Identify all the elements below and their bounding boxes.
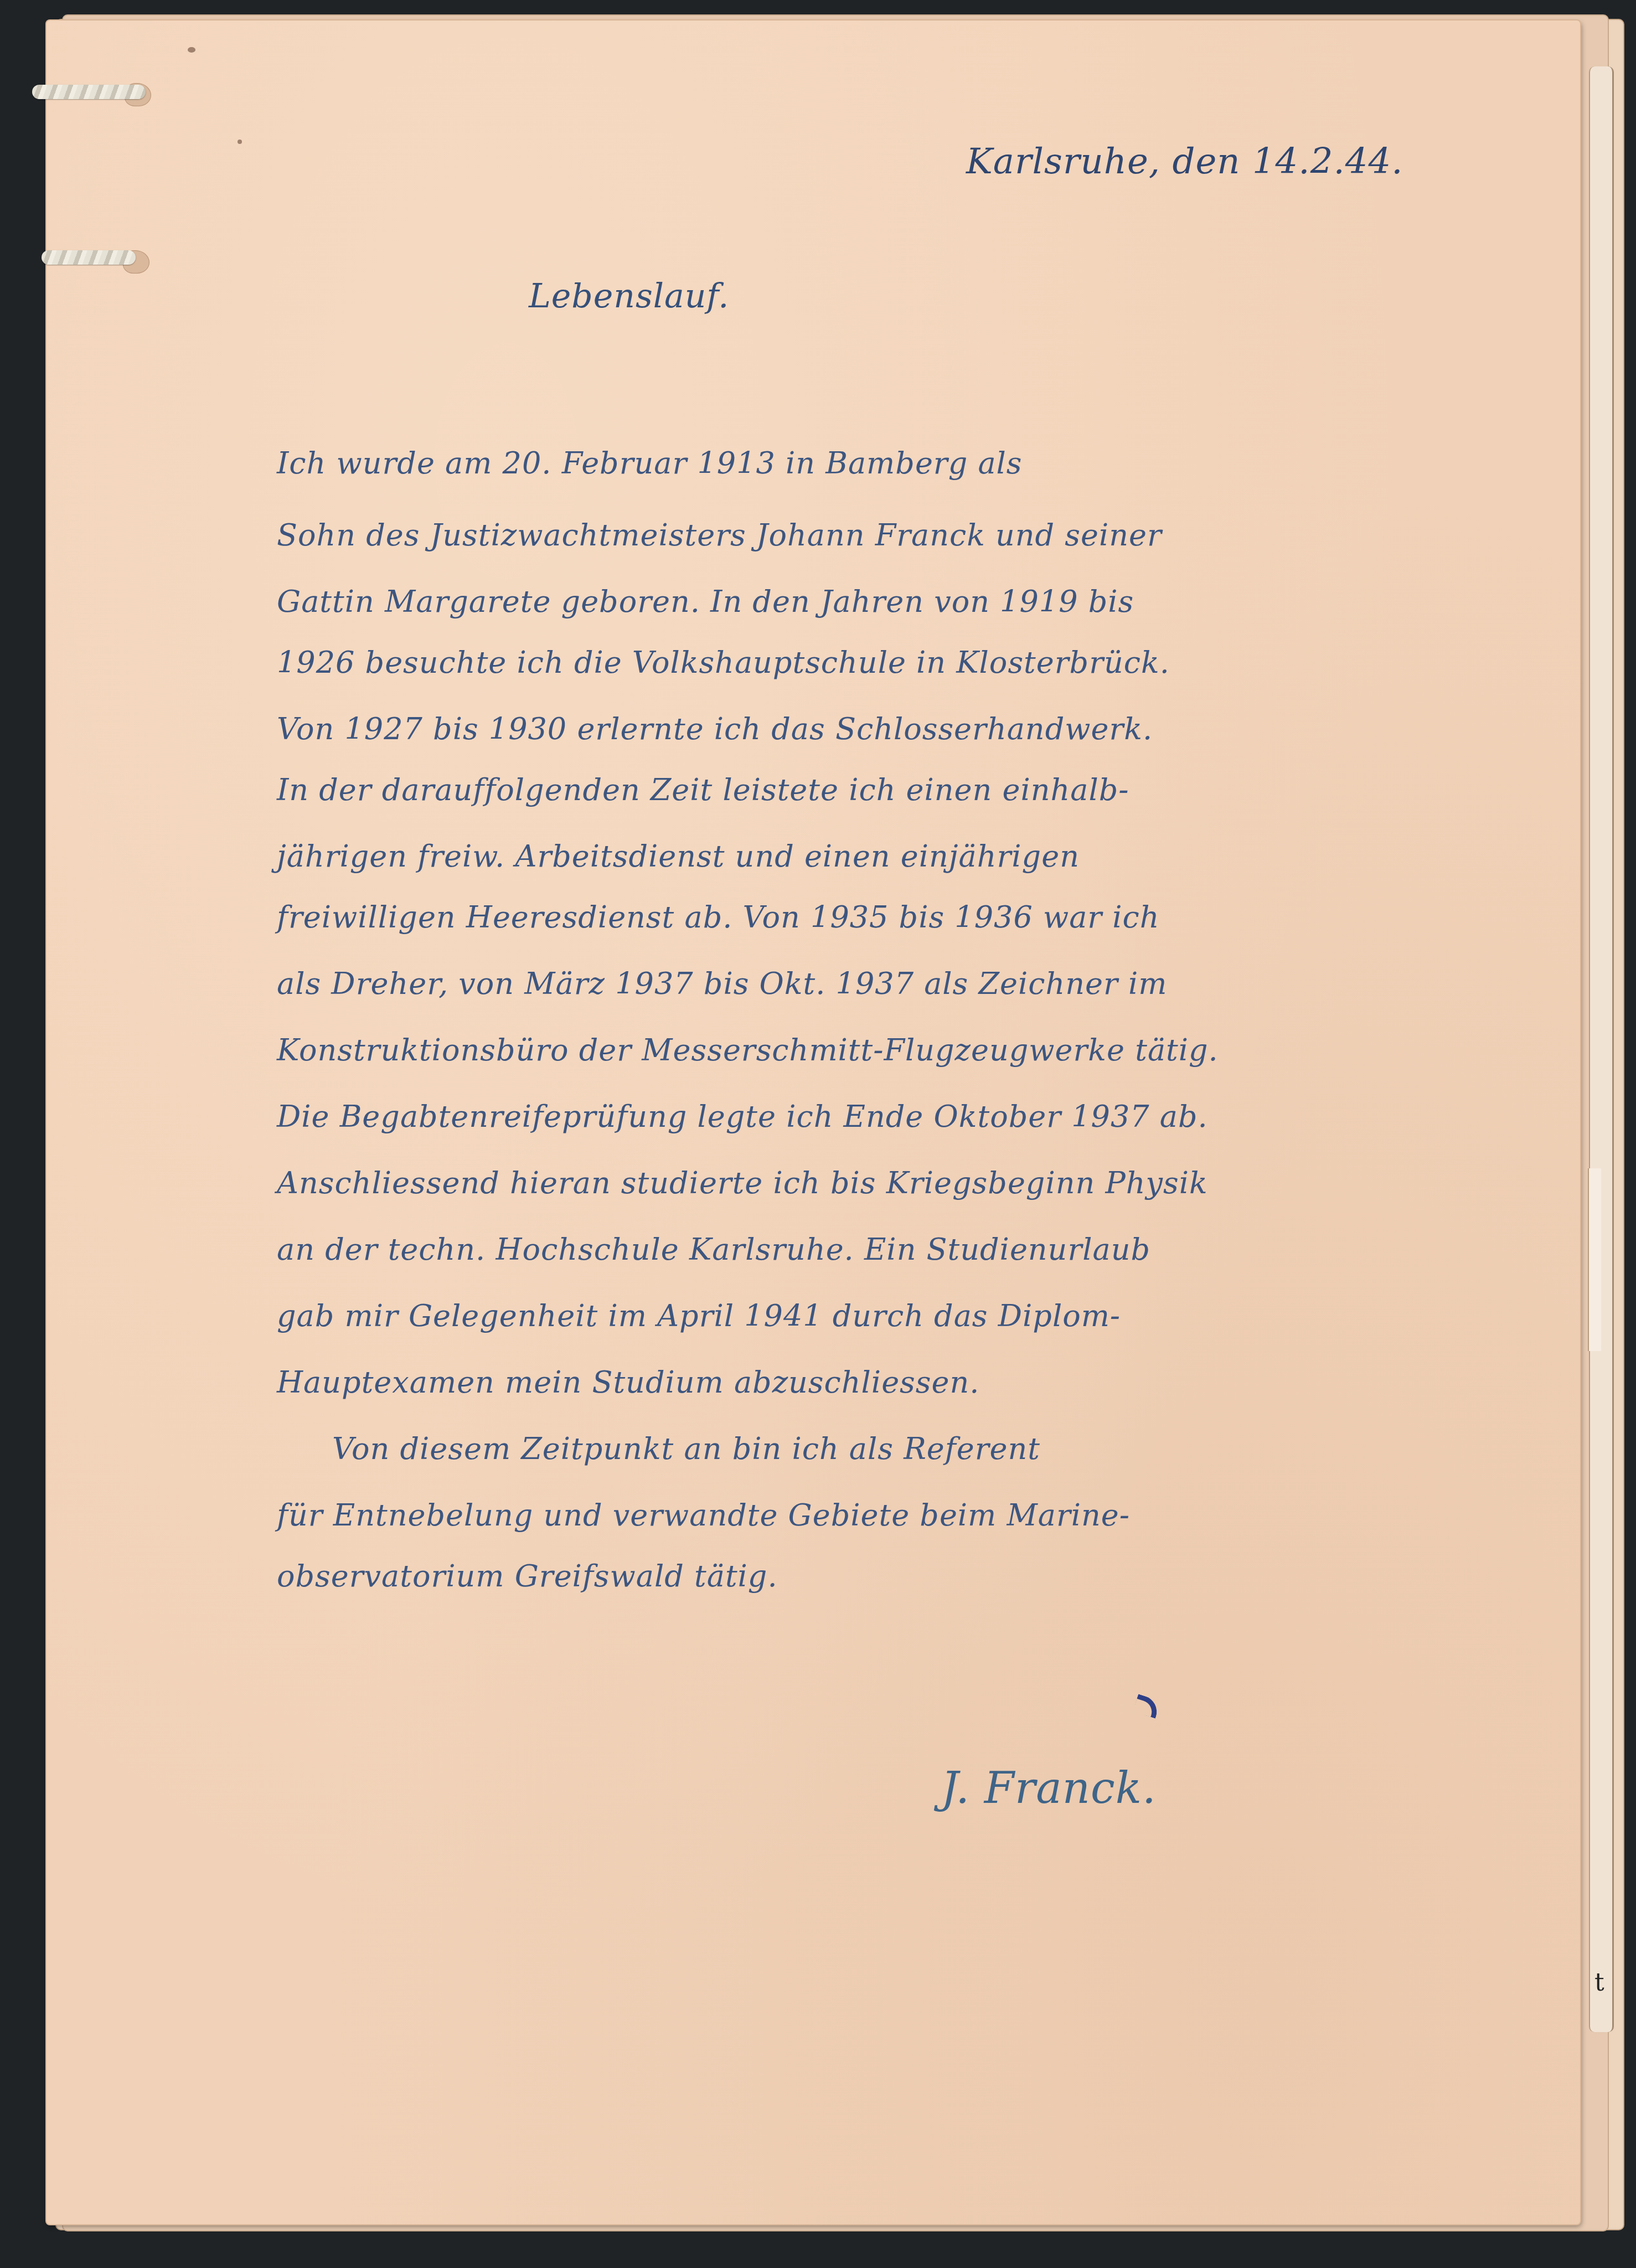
text-line: Sohn des Justizwachtmeisters Johann Fran…	[277, 518, 1162, 553]
text-line: Hauptexamen mein Studium abzuschliessen.	[277, 1365, 979, 1400]
underlying-page-edge	[1589, 66, 1614, 2032]
text-line: freiwilligen Heeresdienst ab. Von 1935 b…	[277, 900, 1160, 935]
binding-cord	[42, 250, 136, 265]
text-line: Ich wurde am 20. Februar 1913 in Bamberg…	[277, 446, 1023, 481]
text-line: jährigen freiw. Arbeitsdienst und einen …	[277, 839, 1080, 874]
binding-cord	[32, 85, 146, 99]
text-line: gab mir Gelegenheit im April 1941 durch …	[277, 1298, 1121, 1333]
margin-mark: t	[1594, 1968, 1604, 1997]
paper-speck	[238, 140, 242, 144]
text-line: an der techn. Hochschule Karlsruhe. Ein …	[277, 1232, 1150, 1267]
place-date: Karlsruhe, den 14.2.44.	[966, 141, 1403, 182]
text-line: Von 1927 bis 1930 erlernte ich das Schlo…	[277, 712, 1153, 746]
text-line: Die Begabtenreifeprüfung legte ich Ende …	[277, 1099, 1208, 1134]
text-line: als Dreher, von März 1937 bis Okt. 1937 …	[277, 966, 1167, 1001]
text-line: In der darauffolgenden Zeit leistete ich…	[277, 772, 1129, 807]
text-line: für Entnebelung und verwandte Gebiete be…	[277, 1498, 1130, 1533]
text-line: Gattin Margarete geboren. In den Jahren …	[277, 584, 1134, 619]
text-line: Von diesem Zeitpunkt an bin ich als Refe…	[332, 1431, 1040, 1466]
signature: J. Franck.	[941, 1764, 1157, 1813]
paper-speck	[188, 47, 195, 53]
text-line: Anschliessend hieran studierte ich bis K…	[277, 1166, 1208, 1200]
text-line: observatorium Greifswald tätig.	[277, 1559, 778, 1594]
text-line: 1926 besuchte ich die Volkshauptschule i…	[277, 645, 1170, 680]
document-title: Lebenslauf.	[529, 277, 729, 316]
text-line: Konstruktionsbüro der Messerschmitt-Flug…	[277, 1033, 1219, 1068]
underlying-page-tab	[1588, 1168, 1601, 1351]
